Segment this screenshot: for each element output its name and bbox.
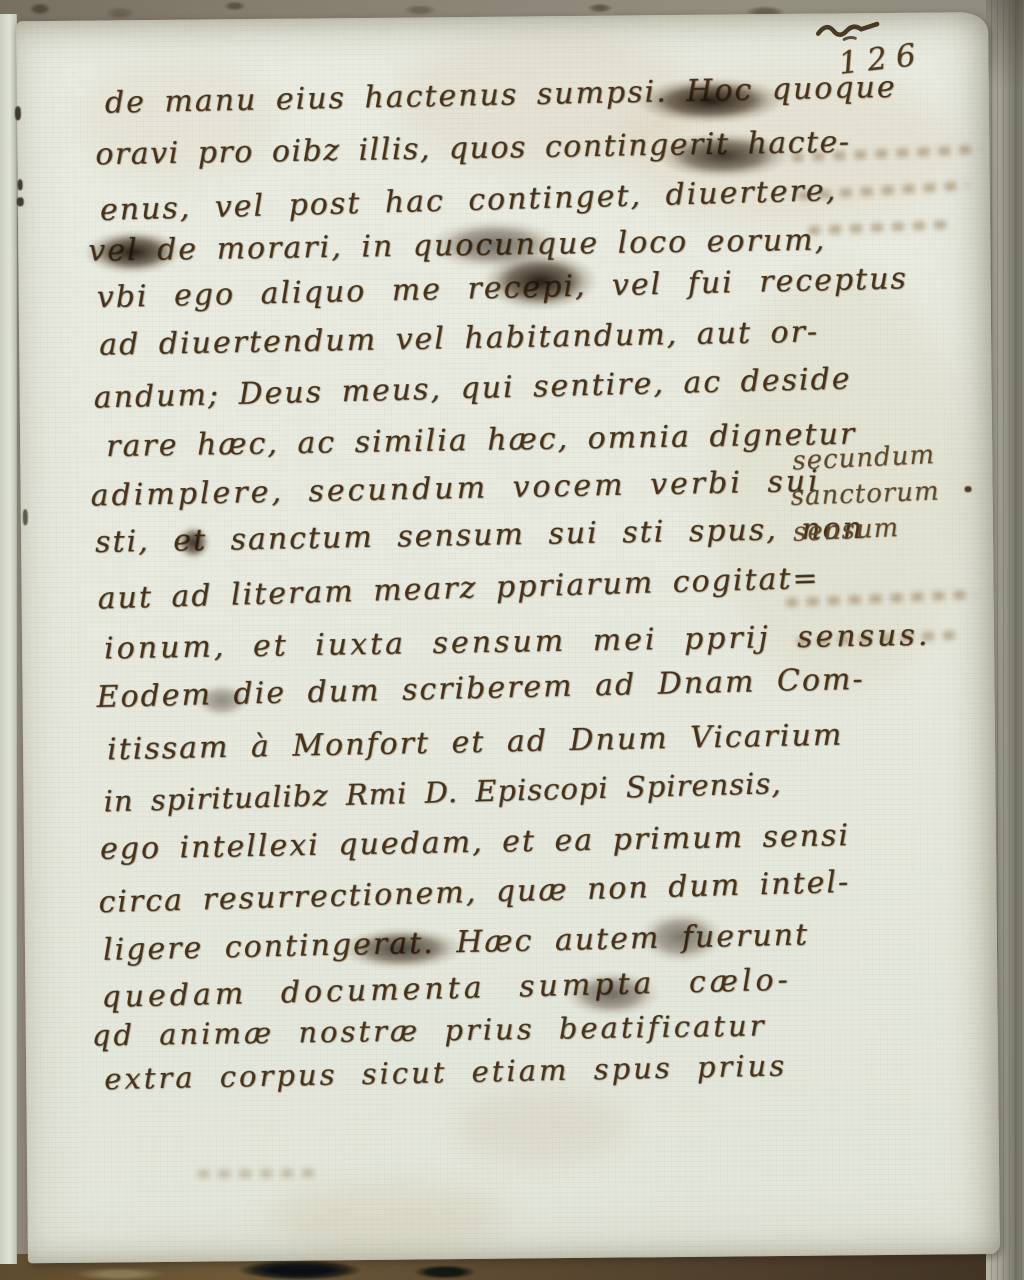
page-gutter-edge: [0, 14, 17, 1264]
manuscript-page: 126 de manu eius hactenus sumpsi. Hoc qu…: [16, 12, 1000, 1263]
margin-note-line: sanctorum: [790, 477, 940, 512]
paper-speck: [17, 197, 24, 206]
margin-note-line: secundum: [792, 440, 936, 476]
ink-blot: [177, 525, 210, 559]
paper-speck: [23, 509, 28, 525]
paper-speck: [965, 486, 972, 492]
margin-note-line: sensum: [792, 513, 899, 548]
paper-speck: [15, 106, 21, 120]
bleed-through-text: [197, 1168, 317, 1178]
manuscript-photo: 126 de manu eius hactenus sumpsi. Hoc qu…: [0, 0, 1024, 1280]
paper-speck: [18, 179, 23, 190]
